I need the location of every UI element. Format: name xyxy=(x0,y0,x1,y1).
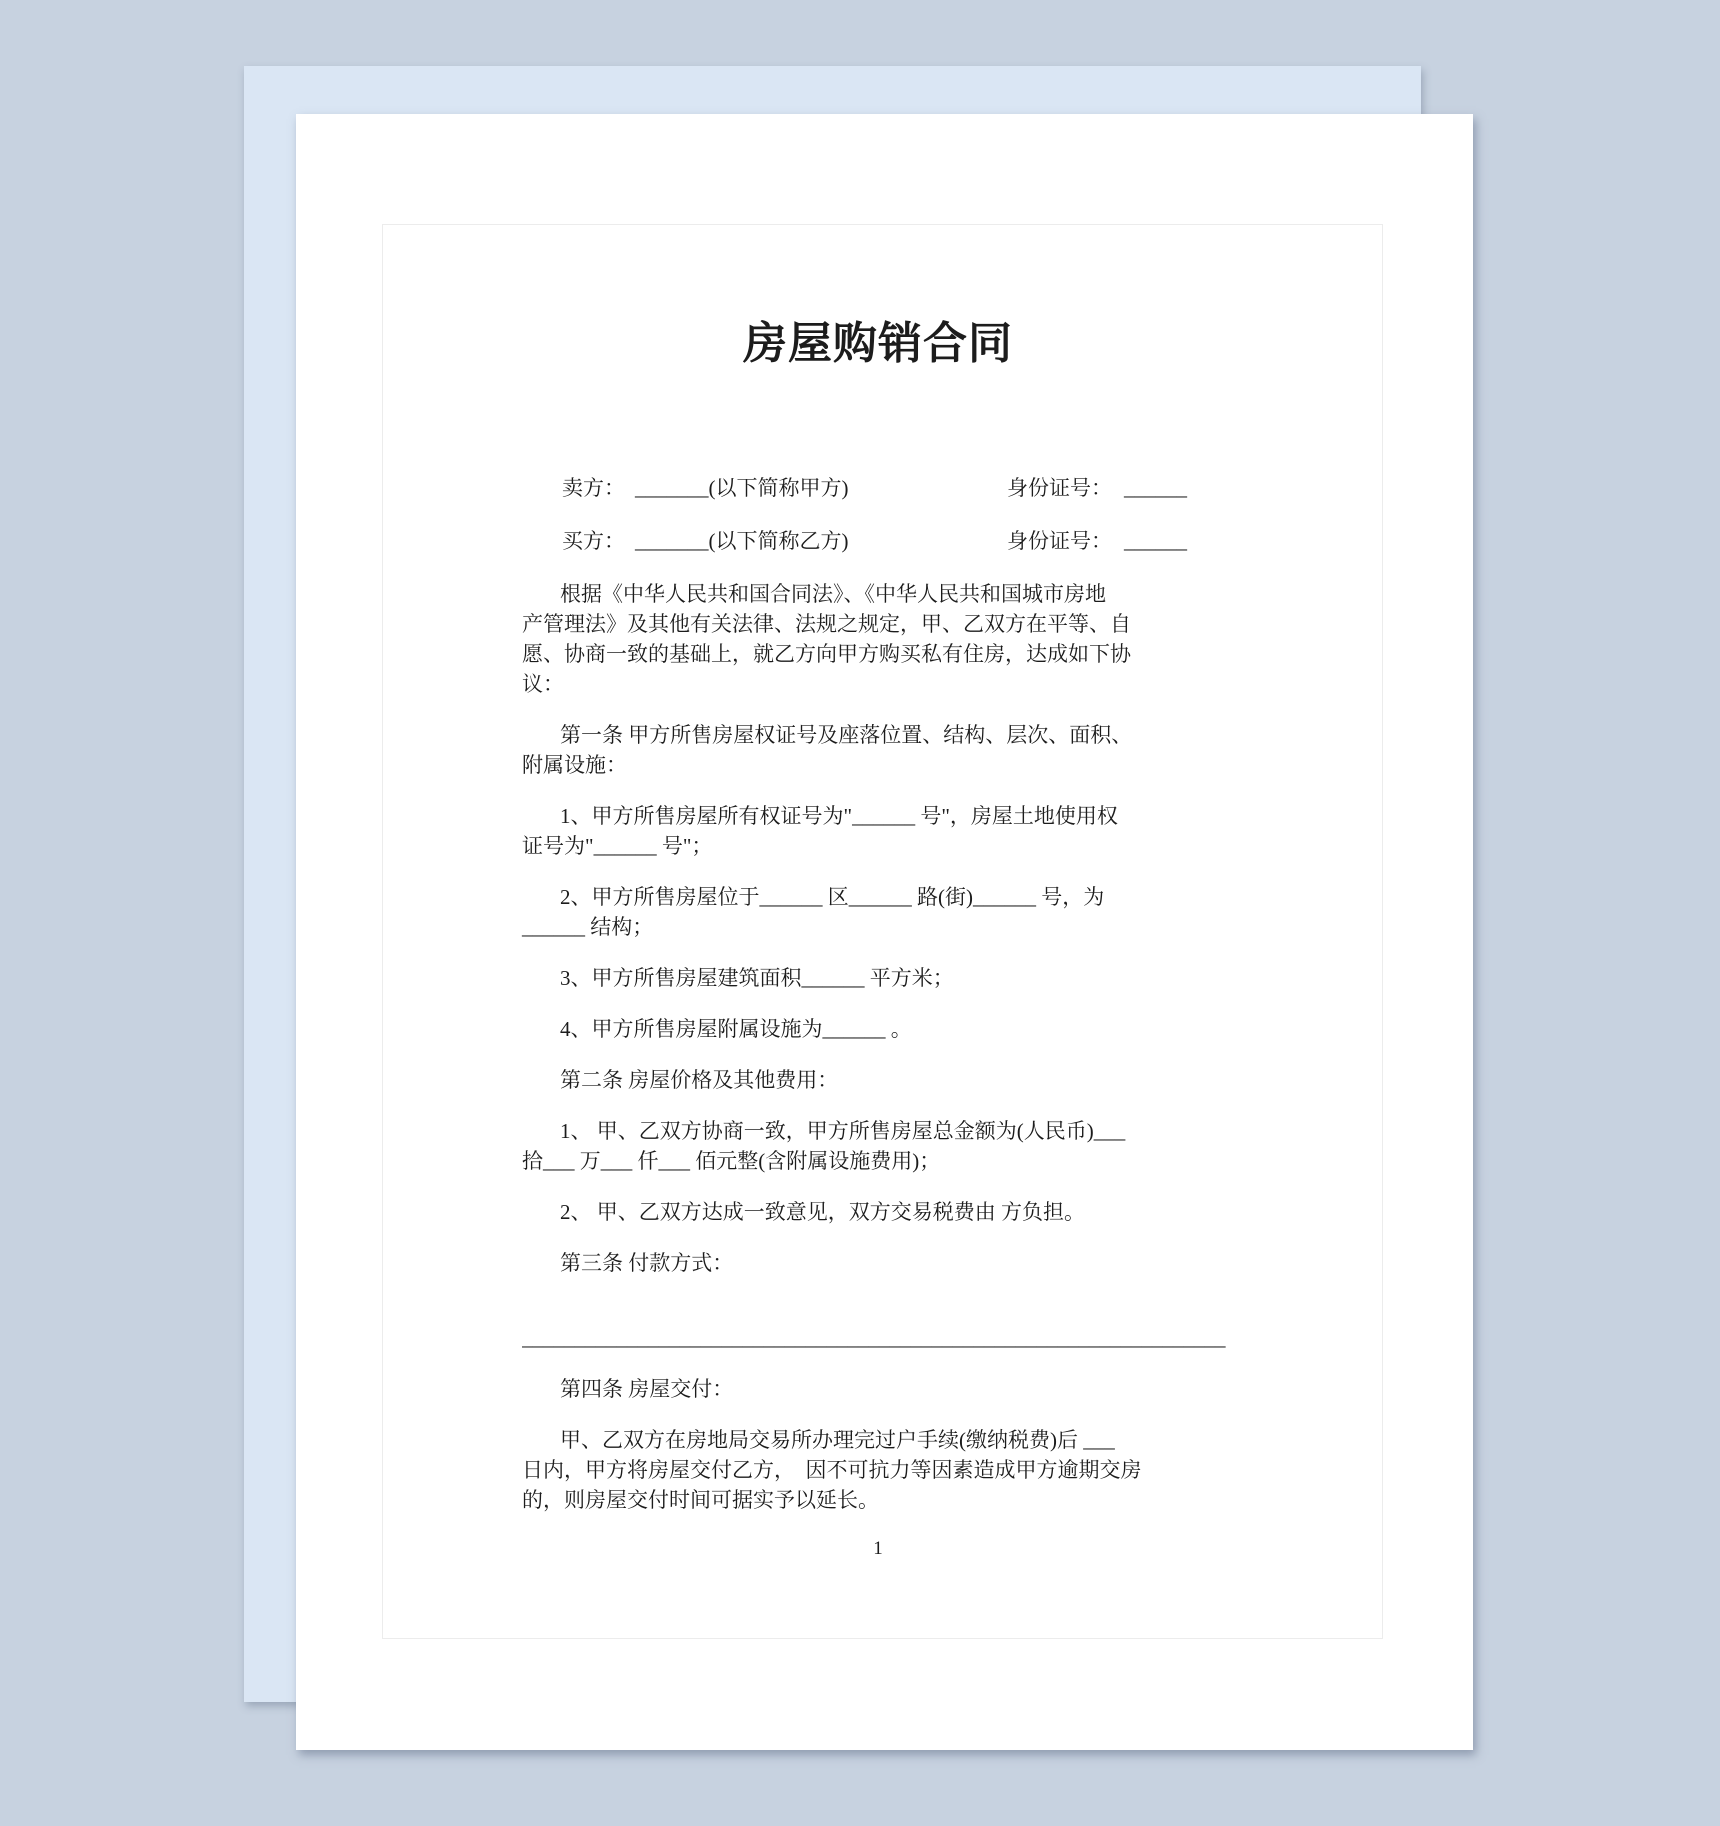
buyer-label: 买方： xyxy=(562,529,625,553)
contract-title: 房屋购销合同 xyxy=(522,319,1234,369)
buyer-row: 买方：_______(以下简称乙方)身份证号：______ xyxy=(522,526,1234,556)
buyer-name-blank: _______ xyxy=(635,529,709,553)
contract-content: 房屋购销合同 卖方：_______(以下简称甲方)身份证号：______ 买方：… xyxy=(522,319,1234,1562)
buyer-alias: (以下简称乙方) xyxy=(709,529,849,553)
seller-info: 卖方：_______(以下简称甲方) xyxy=(562,473,1007,503)
paragraph-delivery: 甲、乙双方在房地局交易所办理完过户手续(缴纳税费)后 ___ 日内，甲方将房屋交… xyxy=(522,1425,1234,1515)
seller-id-blank: ______ xyxy=(1124,476,1187,500)
paragraph-article-1-item-2: 2、甲方所售房屋位于______ 区______ 路(街)______ 号，为 … xyxy=(522,882,1234,942)
seller-alias: (以下简称甲方) xyxy=(709,476,849,500)
paragraph-article-1-item-4: 4、甲方所售房屋附属设施为______ 。 xyxy=(522,1014,1234,1044)
seller-id-label: 身份证号： xyxy=(1007,476,1112,500)
buyer-info: 买方：_______(以下简称乙方) xyxy=(562,526,1007,556)
buyer-id-blank: ______ xyxy=(1124,529,1187,553)
paragraph-article-1-item-3: 3、甲方所售房屋建筑面积______ 平方米； xyxy=(522,963,1234,993)
paragraph-article-2-item-2: 2、 甲、乙双方达成一致意见，双方交易税费由 方负担。 xyxy=(522,1197,1234,1227)
paragraph-article-4: 第四条 房屋交付： xyxy=(522,1374,1234,1404)
stage: 房屋购销合同 卖方：_______(以下简称甲方)身份证号：______ 买方：… xyxy=(0,0,1720,1826)
buyer-id-label: 身份证号： xyxy=(1007,529,1112,553)
paragraph-article-2: 第二条 房屋价格及其他费用： xyxy=(522,1065,1234,1095)
seller-id: 身份证号：______ xyxy=(1007,473,1187,503)
paragraph-article-2-item-1: 1、 甲、乙双方协商一致，甲方所售房屋总金额为(人民币)___ 拾___ 万__… xyxy=(522,1116,1234,1176)
seller-row: 卖方：_______(以下简称甲方)身份证号：______ xyxy=(522,473,1234,503)
paragraph-article-1: 第一条 甲方所售房屋权证号及座落位置、结构、层次、面积、 附属设施： xyxy=(522,720,1234,780)
page-number: 1 xyxy=(522,1536,1234,1562)
desktop-background: { "document": { "title": "房屋购销合同", "page… xyxy=(0,0,1720,1826)
contract-page: 房屋购销合同 卖方：_______(以下简称甲方)身份证号：______ 买方：… xyxy=(296,114,1473,1750)
paragraph-preamble: 根据《中华人民共和国合同法》、《中华人民共和国城市房地 产管理法》及其他有关法律… xyxy=(522,579,1234,699)
paragraph-article-3: 第三条 付款方式： xyxy=(522,1248,1234,1278)
seller-name-blank: _______ xyxy=(635,476,709,500)
paragraph-article-1-item-1: 1、甲方所售房屋所有权证号为"______ 号"，房屋土地使用权 证号为"___… xyxy=(522,801,1234,861)
seller-label: 卖方： xyxy=(562,476,625,500)
buyer-id: 身份证号：______ xyxy=(1007,526,1187,556)
blank-fill-divider-line: ________________________________________… xyxy=(522,1323,1234,1353)
